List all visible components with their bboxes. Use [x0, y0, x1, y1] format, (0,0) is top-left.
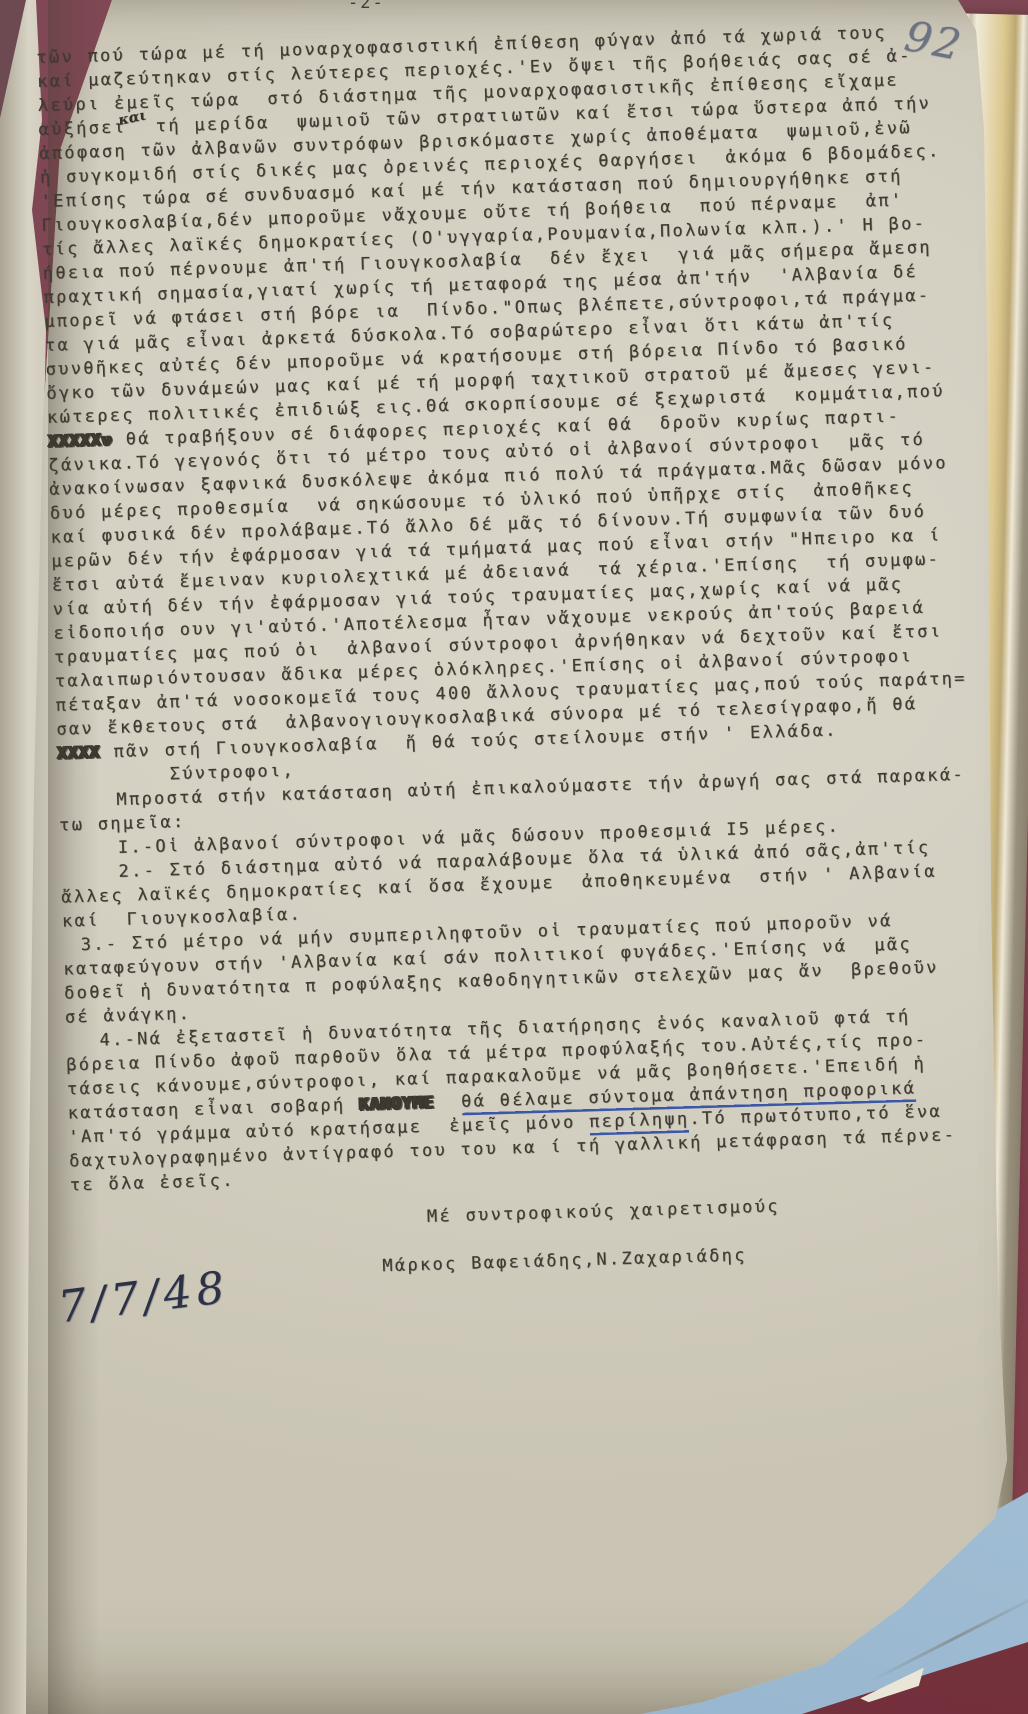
- typed-text: [434, 1092, 462, 1113]
- overstruck-text: ΧΧΧΧΧν: [47, 430, 112, 452]
- typed-text: σέ ἀνάγκη.: [65, 1004, 192, 1028]
- typed-text: τε ὅλα ἐσεῖς.: [70, 1171, 235, 1196]
- typed-line: Μέ συντροφικούς χαιρετισμούς: [427, 1188, 1011, 1229]
- typed-text-block: τῶν πού τώρα μέ τή μοναρχοφασιστική ἐπίθ…: [36, 18, 1012, 1287]
- typed-text: Σύντροφοι,: [169, 761, 295, 785]
- scanned-document-photo: -2- 92 τῶν πού τώρα μέ τή μοναρχοφασιστι…: [0, 0, 1028, 1714]
- typed-text: Μέ συντροφικούς χαιρετισμούς: [427, 1196, 780, 1226]
- typed-text: αὐξήσει: [38, 117, 126, 140]
- typed-page-number: -2-: [348, 0, 385, 13]
- overstruck-text: ΚΑΝΟΥΜΕ: [359, 1093, 435, 1115]
- typed-text: τω σημεῖα:: [59, 812, 186, 836]
- overstruck-text: ΧΧΧΧ: [57, 742, 101, 763]
- ink-underlined-text: περίληψη: [589, 1109, 690, 1133]
